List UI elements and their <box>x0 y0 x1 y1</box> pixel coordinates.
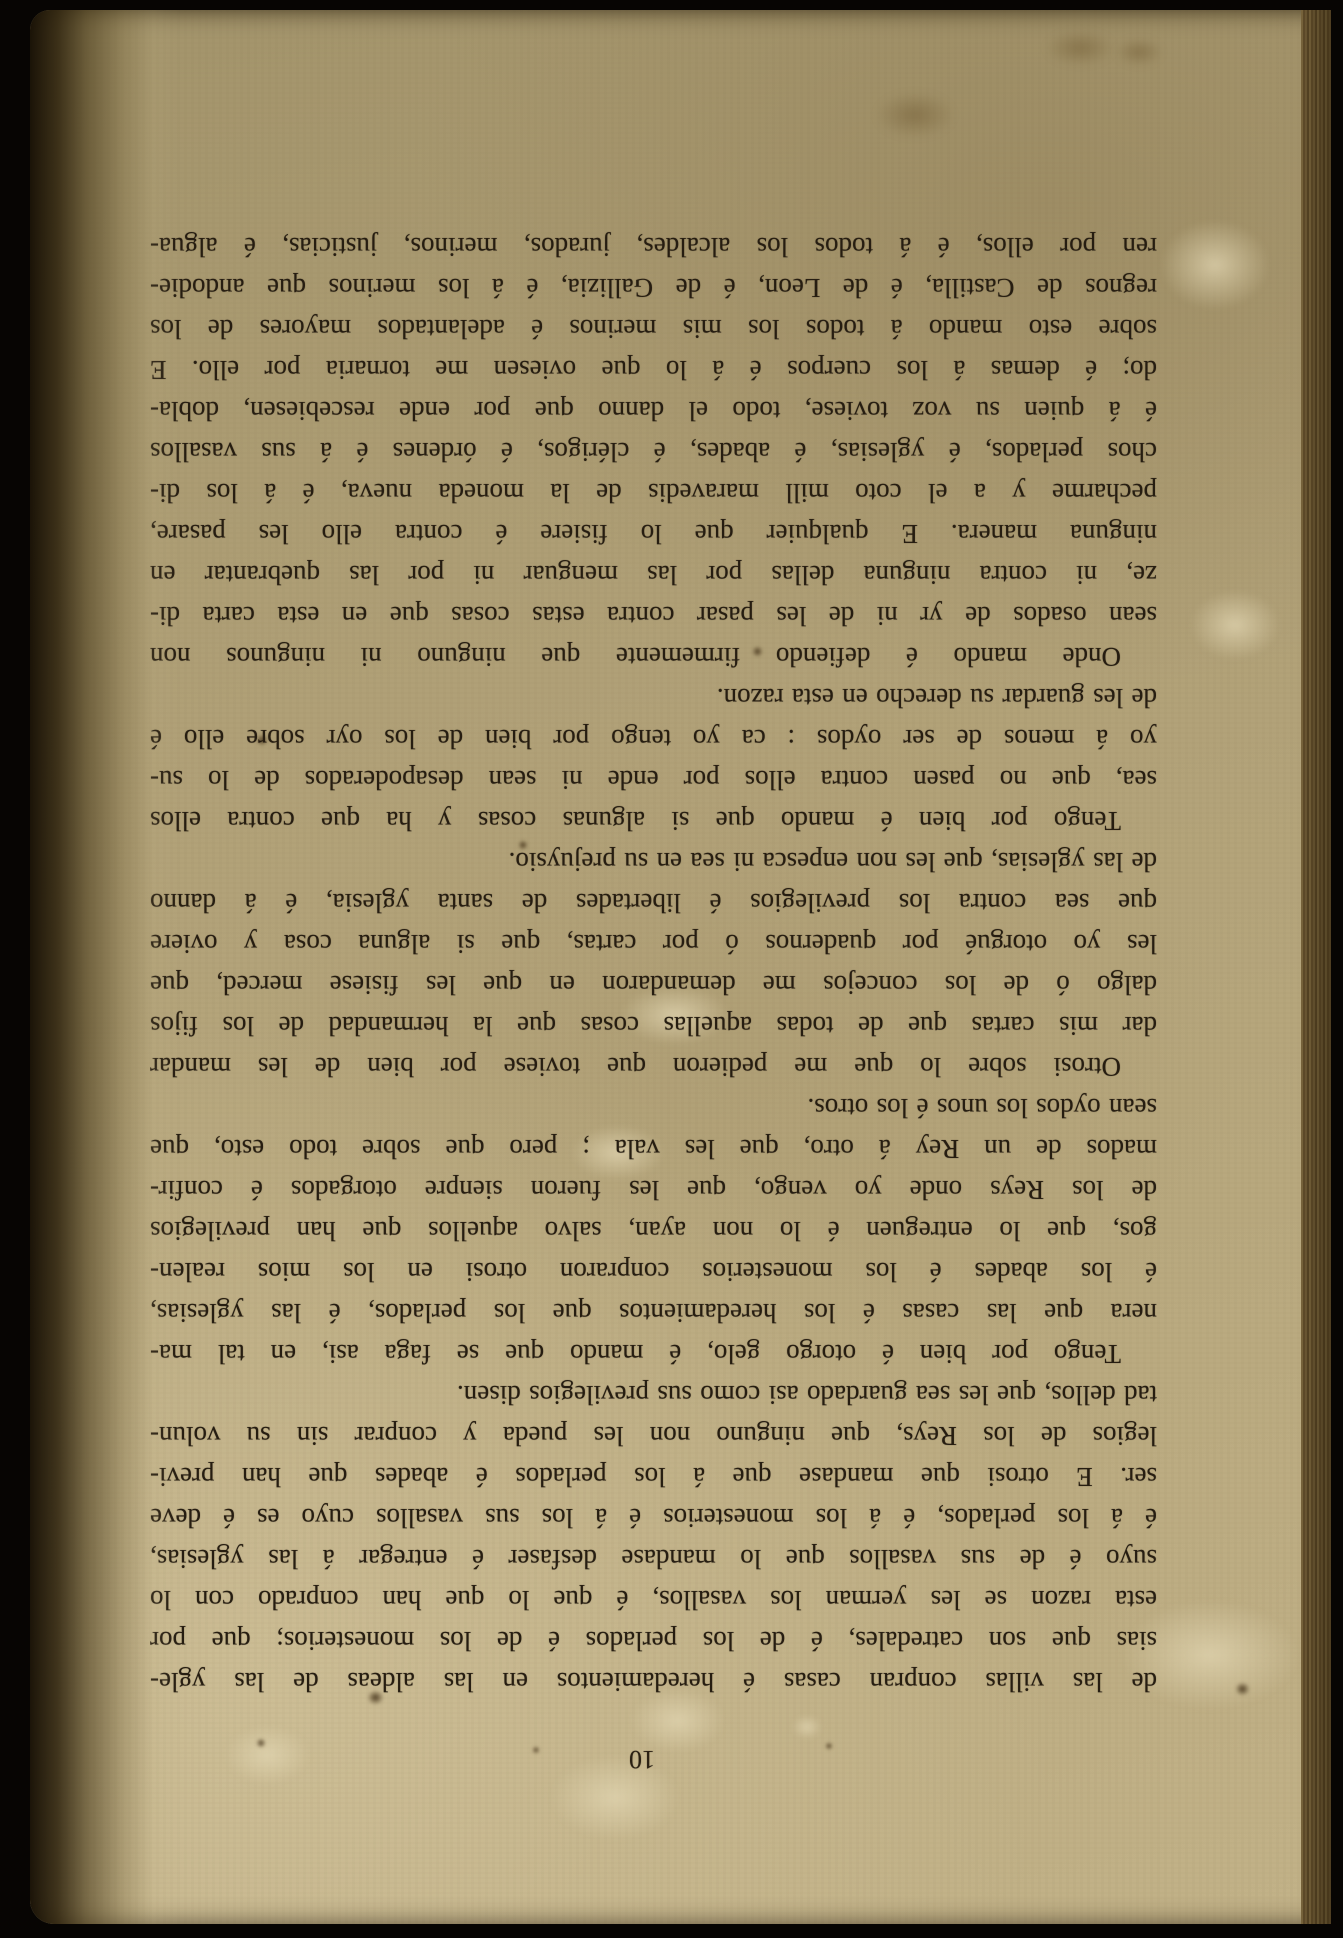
text-line: Onde mando é defiendo firmemente que nin… <box>150 636 1157 677</box>
text-line: ser. E otrosi que mandase que á los perl… <box>150 1456 1157 1497</box>
text-line: ze, ni contra ninguna dellas por las men… <box>150 554 1157 595</box>
text-line: nera que las casas é los heredamientos q… <box>150 1292 1157 1333</box>
text-line: sias que son catredales, é de los perlad… <box>150 1620 1157 1661</box>
page-content-upside-down: 10 de las villas conpran casas é heredam… <box>30 10 1331 1924</box>
text-line: de los Reys onde yo vengo, que les fuero… <box>150 1169 1157 1210</box>
text-line: de les guardar su derecho en esta razon. <box>150 677 1157 718</box>
text-line: esta razon se les yerman los vasallos, é… <box>150 1579 1157 1620</box>
text-line: dalgo ó de los concejos me demandaron en… <box>150 964 1157 1005</box>
text-line: de las villas conpran casas é heredamien… <box>150 1661 1157 1702</box>
text-line: mados de un Rey á otro, que les vala ; p… <box>150 1128 1157 1169</box>
text-line: do; é demas á los cuerpos é á lo que ovi… <box>150 349 1157 390</box>
text-line: ninguna manera. E qualquier que lo fisie… <box>150 513 1157 554</box>
paragraph: Otrosi sobre lo que me pedieron que tovi… <box>150 841 1157 1087</box>
paragraph: Onde mando é defiendo firmemente que nin… <box>150 226 1157 677</box>
text-line: de las yglesias, que les non enpesca ni … <box>150 841 1157 882</box>
text-line: tad dellos, que les sea guardado asi com… <box>150 1374 1157 1415</box>
text-line: sea, que no pasen contra ellos por ende … <box>150 759 1157 800</box>
binding-gutter-shadow <box>30 10 180 1924</box>
text-line: sobre esto mando á todos los mis merinos… <box>150 308 1157 349</box>
text-line: yo á menos de ser oydos : ca yo tengo po… <box>150 718 1157 759</box>
paragraph: de las villas conpran casas é heredamien… <box>150 1374 1157 1702</box>
text-line: regnos de Castilla, é de Leon, é de Gall… <box>150 267 1157 308</box>
paragraph: Tengo por bien é otorgo gelo, é mando qu… <box>150 1087 1157 1374</box>
book-page: 10 de las villas conpran casas é heredam… <box>30 10 1331 1924</box>
text-line: chos perlados, é yglesias, é abades, é c… <box>150 431 1157 472</box>
text-line: que sea contra los previlegios é liberta… <box>150 882 1157 923</box>
text-line: Otrosi sobre lo que me pedieron que tovi… <box>150 1046 1157 1087</box>
text-line: dar mis cartas que de todas aquellas cos… <box>150 1005 1157 1046</box>
paragraph: Tengo por bien é mando que si algunas co… <box>150 677 1157 841</box>
page-fore-edge <box>1301 10 1331 1924</box>
text-line: les yo otorgué por quadernos ó por carta… <box>150 923 1157 964</box>
text-line: pecharme y a el coto mill maravedis de l… <box>150 472 1157 513</box>
text-line: ren por ellos, é á todos los alcaldes, j… <box>150 226 1157 267</box>
book-scan-screenshot: 10 de las villas conpran casas é heredam… <box>0 0 1343 1938</box>
text-line: é los abades é los monesterios conpraron… <box>150 1251 1157 1292</box>
text-line: sean oydos los unos é los otros. <box>150 1087 1157 1128</box>
text-line: Tengo por bien é otorgo gelo, é mando qu… <box>150 1333 1157 1374</box>
text-line: legios de los Reys, que ninguno non les … <box>150 1415 1157 1456</box>
text-line: é á quien su voz toviese, todo el danno … <box>150 390 1157 431</box>
text-block: de las villas conpran casas é heredamien… <box>150 226 1157 1702</box>
text-line: Tengo por bien é mando que si algunas co… <box>150 800 1157 841</box>
text-line: gos, que lo entreguen é lo non ayan, sal… <box>150 1210 1157 1251</box>
text-line: é á los perlados, é á los monesterios é … <box>150 1497 1157 1538</box>
page-number: 10 <box>562 1744 722 1774</box>
text-line: sean osados de yr ni de les pasar contra… <box>150 595 1157 636</box>
text-line: suyo é de sus vasallos que lo mandase de… <box>150 1538 1157 1579</box>
